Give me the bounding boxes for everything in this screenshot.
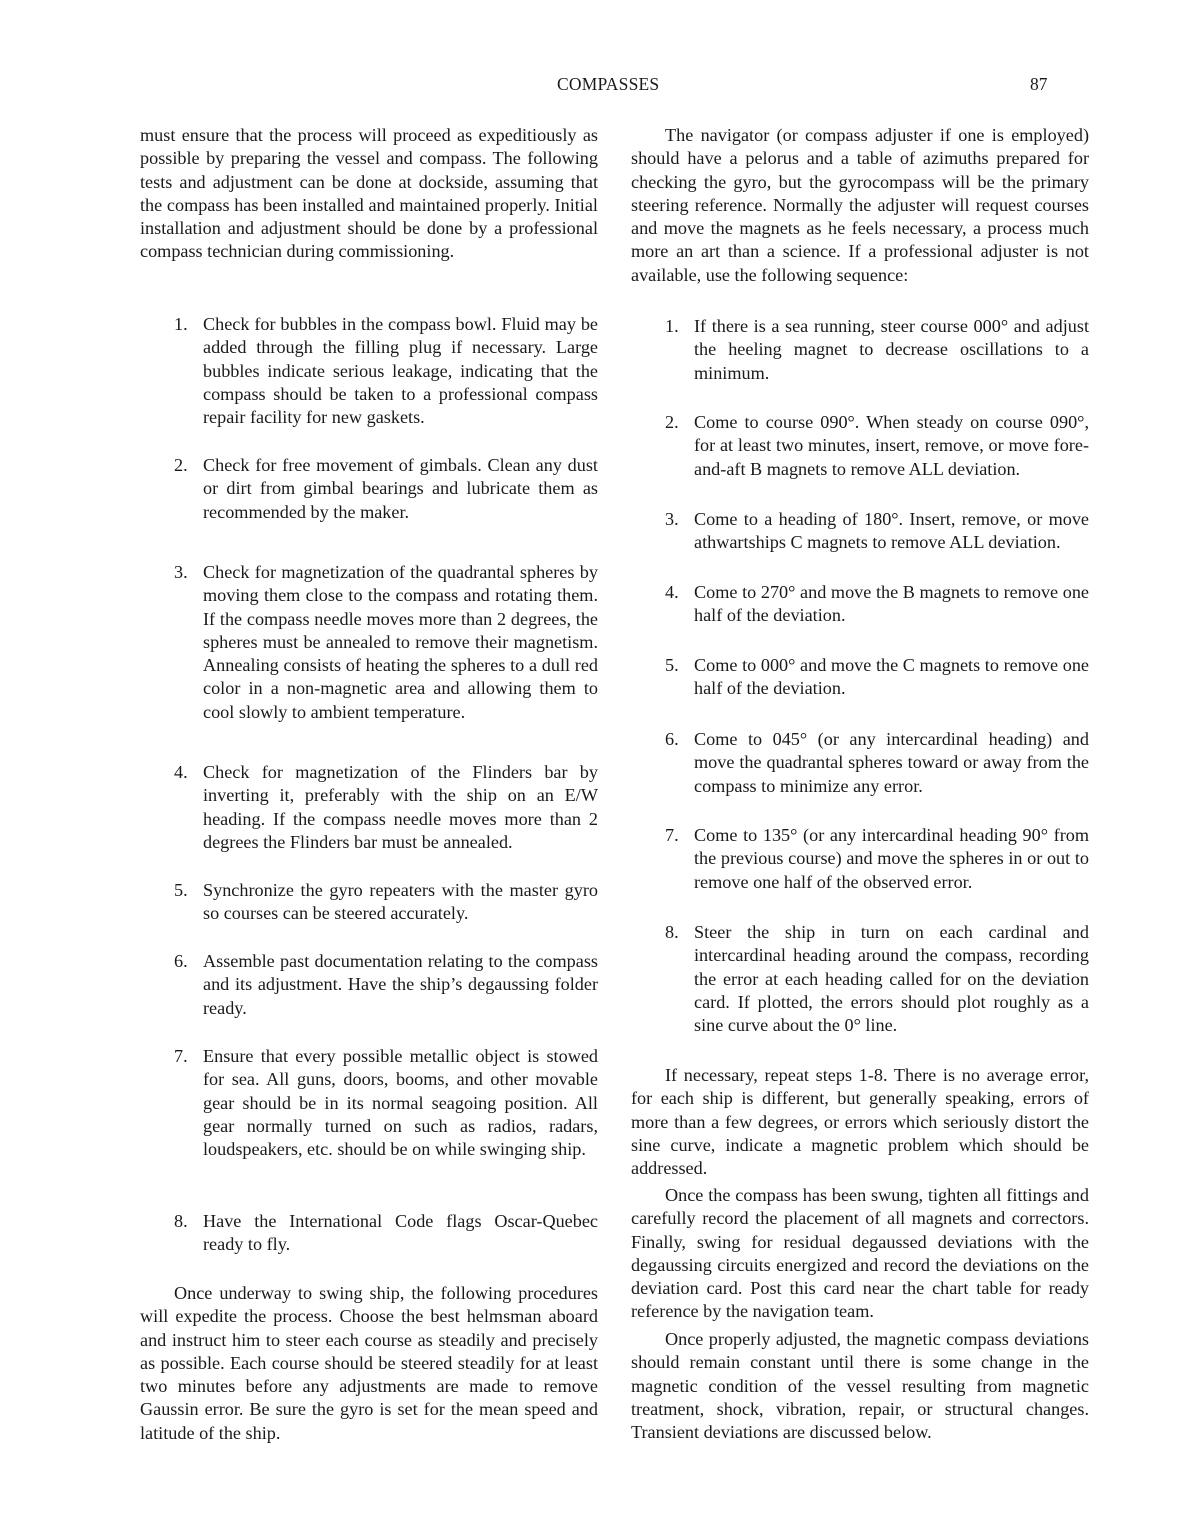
list-text: Come to 270° and move the B magnets to r… xyxy=(694,581,1089,628)
list-number: 1. xyxy=(665,315,679,338)
list-number: 3. xyxy=(665,508,679,531)
right-paragraph-2-block: Once the compass has been swung, tighten… xyxy=(631,1184,1089,1324)
list-number: 6. xyxy=(665,728,679,751)
right-list-item-8: 8. Steer the ship in turn on each cardin… xyxy=(631,921,1089,1037)
list-number: 6. xyxy=(174,950,188,973)
list-text: Come to 000° and move the C magnets to r… xyxy=(694,654,1089,701)
left-list-item-1: 1. Check for bubbles in the compass bowl… xyxy=(140,313,598,429)
right-list-item-3: 3. Come to a heading of 180°. Insert, re… xyxy=(631,508,1089,555)
list-number: 5. xyxy=(665,654,679,677)
right-paragraph-1-block: If necessary, repeat steps 1-8. There is… xyxy=(631,1064,1089,1180)
list-text: Come to 135° (or any intercardinal headi… xyxy=(694,824,1089,894)
list-text: Come to course 090°. When steady on cour… xyxy=(694,411,1089,481)
list-number: 8. xyxy=(174,1210,188,1233)
list-number: 2. xyxy=(665,411,679,434)
list-text: Ensure that every possible metallic obje… xyxy=(203,1045,598,1161)
list-number: 1. xyxy=(174,313,188,336)
right-list-item-5: 5. Come to 000° and move the C magnets t… xyxy=(631,654,1089,701)
left-list-item-7: 7. Ensure that every possible metallic o… xyxy=(140,1045,598,1161)
left-intro-block: must ensure that the process will procee… xyxy=(140,124,598,264)
list-text: Check for magnetization of the quadranta… xyxy=(203,561,598,724)
list-text: Check for free movement of gimbals. Clea… xyxy=(203,454,598,524)
right-intro-paragraph: The navigator (or compass adjuster if on… xyxy=(631,124,1089,287)
list-text: Check for bubbles in the compass bowl. F… xyxy=(203,313,598,429)
right-intro-block: The navigator (or compass adjuster if on… xyxy=(631,124,1089,287)
left-list-item-3: 3. Check for magnetization of the quadra… xyxy=(140,561,598,724)
list-number: 4. xyxy=(174,761,188,784)
right-list-item-4: 4. Come to 270° and move the B magnets t… xyxy=(631,581,1089,628)
list-number: 4. xyxy=(665,581,679,604)
right-list-item-2: 2. Come to course 090°. When steady on c… xyxy=(631,411,1089,481)
running-header: COMPASSES 87 xyxy=(0,73,1190,97)
left-list-item-4: 4. Check for magnetization of the Flinde… xyxy=(140,761,598,854)
right-paragraph-3-block: Once properly adjusted, the magnetic com… xyxy=(631,1328,1089,1444)
list-number: 5. xyxy=(174,879,188,902)
left-closing-paragraph: Once underway to swing ship, the followi… xyxy=(140,1282,598,1445)
left-list-item-5: 5. Synchronize the gyro repeaters with t… xyxy=(140,879,598,926)
right-paragraph-3: Once properly adjusted, the magnetic com… xyxy=(631,1328,1089,1444)
list-text: Synchronize the gyro repeaters with the … xyxy=(203,879,598,926)
left-list-item-8: 8. Have the International Code flags Osc… xyxy=(140,1210,598,1257)
left-intro-paragraph: must ensure that the process will procee… xyxy=(140,124,598,264)
list-number: 2. xyxy=(174,454,188,477)
list-text: Steer the ship in turn on each cardinal … xyxy=(694,921,1089,1037)
left-list-item-2: 2. Check for free movement of gimbals. C… xyxy=(140,454,598,524)
chapter-title: COMPASSES xyxy=(557,73,659,96)
list-number: 8. xyxy=(665,921,679,944)
list-number: 7. xyxy=(665,824,679,847)
list-text: Check for magnetization of the Flinders … xyxy=(203,761,598,854)
list-text: Have the International Code flags Oscar-… xyxy=(203,1210,598,1257)
list-number: 3. xyxy=(174,561,188,584)
list-number: 7. xyxy=(174,1045,188,1068)
page-number: 87 xyxy=(1030,73,1048,96)
left-list-item-6: 6. Assemble past documentation relating … xyxy=(140,950,598,1020)
right-list-item-1: 1. If there is a sea running, steer cour… xyxy=(631,315,1089,385)
list-text: If there is a sea running, steer course … xyxy=(694,315,1089,385)
list-text: Come to 045° (or any intercardinal headi… xyxy=(694,728,1089,798)
right-list-item-7: 7. Come to 135° (or any intercardinal he… xyxy=(631,824,1089,894)
list-text: Come to a heading of 180°. Insert, remov… xyxy=(694,508,1089,555)
right-list-item-6: 6. Come to 045° (or any intercardinal he… xyxy=(631,728,1089,798)
right-paragraph-1: If necessary, repeat steps 1-8. There is… xyxy=(631,1064,1089,1180)
list-text: Assemble past documentation relating to … xyxy=(203,950,598,1020)
left-closing-block: Once underway to swing ship, the followi… xyxy=(140,1282,598,1445)
right-paragraph-2: Once the compass has been swung, tighten… xyxy=(631,1184,1089,1324)
